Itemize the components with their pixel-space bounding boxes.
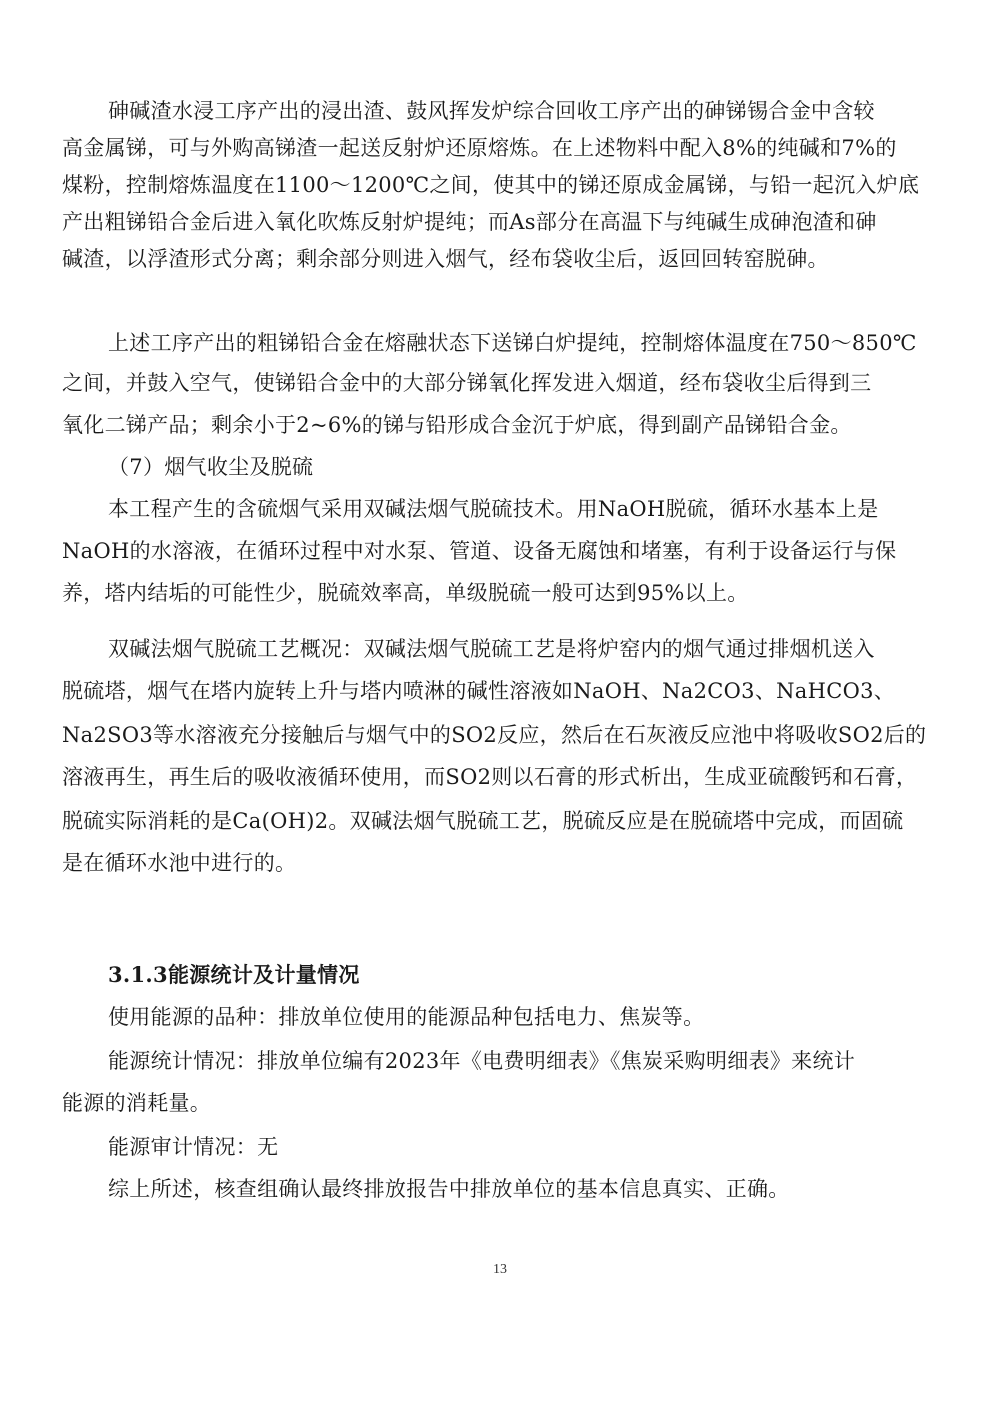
paragraph-2-line-2: 之间，并鼓入空气，使锑铅合金中的大部分锑氧化挥发进入烟道，经布袋收尘后得到三 — [62, 368, 871, 398]
section-line-2: 能源统计情况：排放单位编有2023年《电费明细表》《焦炭采购明细表》来统计 — [108, 1046, 855, 1076]
paragraph-5-line-6: 是在循环水池中进行的。 — [62, 848, 296, 878]
paragraph-5-line-3: Na2SO3等水溶液充分接触后与烟气中的SO2反应，然后在石灰液反应池中将吸收S… — [62, 720, 926, 750]
section-line-4: 能源审计情况：无 — [108, 1132, 278, 1162]
paragraph-5-line-4: 溶液再生，再生后的吸收液循环使用，而SO2则以石膏的形式析出，生成亚硫酸钙和石膏… — [62, 762, 917, 792]
paragraph-1-line-5: 碱渣，以浮渣形式分离；剩余部分则进入烟气，经布袋收尘后，返回回转窑脱砷。 — [62, 244, 829, 274]
paragraph-1-line-4: 产出粗锑铅合金后进入氧化吹炼反射炉提纯；而As部分在高温下与纯碱生成砷泡渣和砷 — [62, 207, 877, 237]
paragraph-4-line-3: 养，塔内结垢的可能性少，脱硫效率高，单级脱硫一般可达到95%以上。 — [62, 578, 749, 608]
paragraph-2-line-1: 上述工序产出的粗锑铅合金在熔融状态下送锑白炉提纯，控制熔体温度在750～850℃ — [108, 328, 917, 358]
paragraph-1-line-3: 煤粉，控制熔炼温度在1100～1200℃之间，使其中的锑还原成金属锑，与铅一起沉… — [62, 170, 919, 200]
section-line-5: 综上所述，核查组确认最终排放报告中排放单位的基本信息真实、正确。 — [108, 1174, 790, 1204]
paragraph-4-line-1: 本工程产生的含硫烟气采用双碱法烟气脱硫技术。用NaOH脱硫，循环水基本上是 — [108, 494, 879, 524]
paragraph-1-line-1: 砷碱渣水浸工序产出的浸出渣、鼓风挥发炉综合回收工序产出的砷锑锡合金中含较 — [108, 96, 875, 126]
paragraph-5-line-5: 脱硫实际消耗的是Ca(OH)2。双碱法烟气脱硫工艺，脱硫反应是在脱硫塔中完成，而… — [62, 806, 903, 836]
section-line-1: 使用能源的品种：排放单位使用的能源品种包括电力、焦炭等。 — [108, 1002, 704, 1032]
paragraph-4-line-2: NaOH的水溶液，在循环过程中对水泵、管道、设备无腐蚀和堵塞，有利于设备运行与保 — [62, 536, 896, 566]
section-heading: 3.1.3能源统计及计量情况 — [108, 960, 360, 990]
paragraph-1-line-2: 高金属锑，可与外购高锑渣一起送反射炉还原熔炼。在上述物料中配入8%的纯碱和7%的 — [62, 133, 897, 163]
section-line-3: 能源的消耗量。 — [62, 1088, 211, 1118]
paragraph-5-line-1: 双碱法烟气脱硫工艺概况：双碱法烟气脱硫工艺是将炉窑内的烟气通过排烟机送入 — [108, 634, 875, 664]
paragraph-5-line-2: 脱硫塔，烟气在塔内旋转上升与塔内喷淋的碱性溶液如NaOH、Na2CO3、NaHC… — [62, 676, 895, 706]
paragraph-2-line-3: 氧化二锑产品；剩余小于2~6%的锑与铅形成合金沉于炉底，得到副产品锑铅合金。 — [62, 410, 852, 440]
subheading-flue-gas: （7）烟气收尘及脱硫 — [108, 452, 313, 482]
page-number: 13 — [0, 1262, 1000, 1278]
